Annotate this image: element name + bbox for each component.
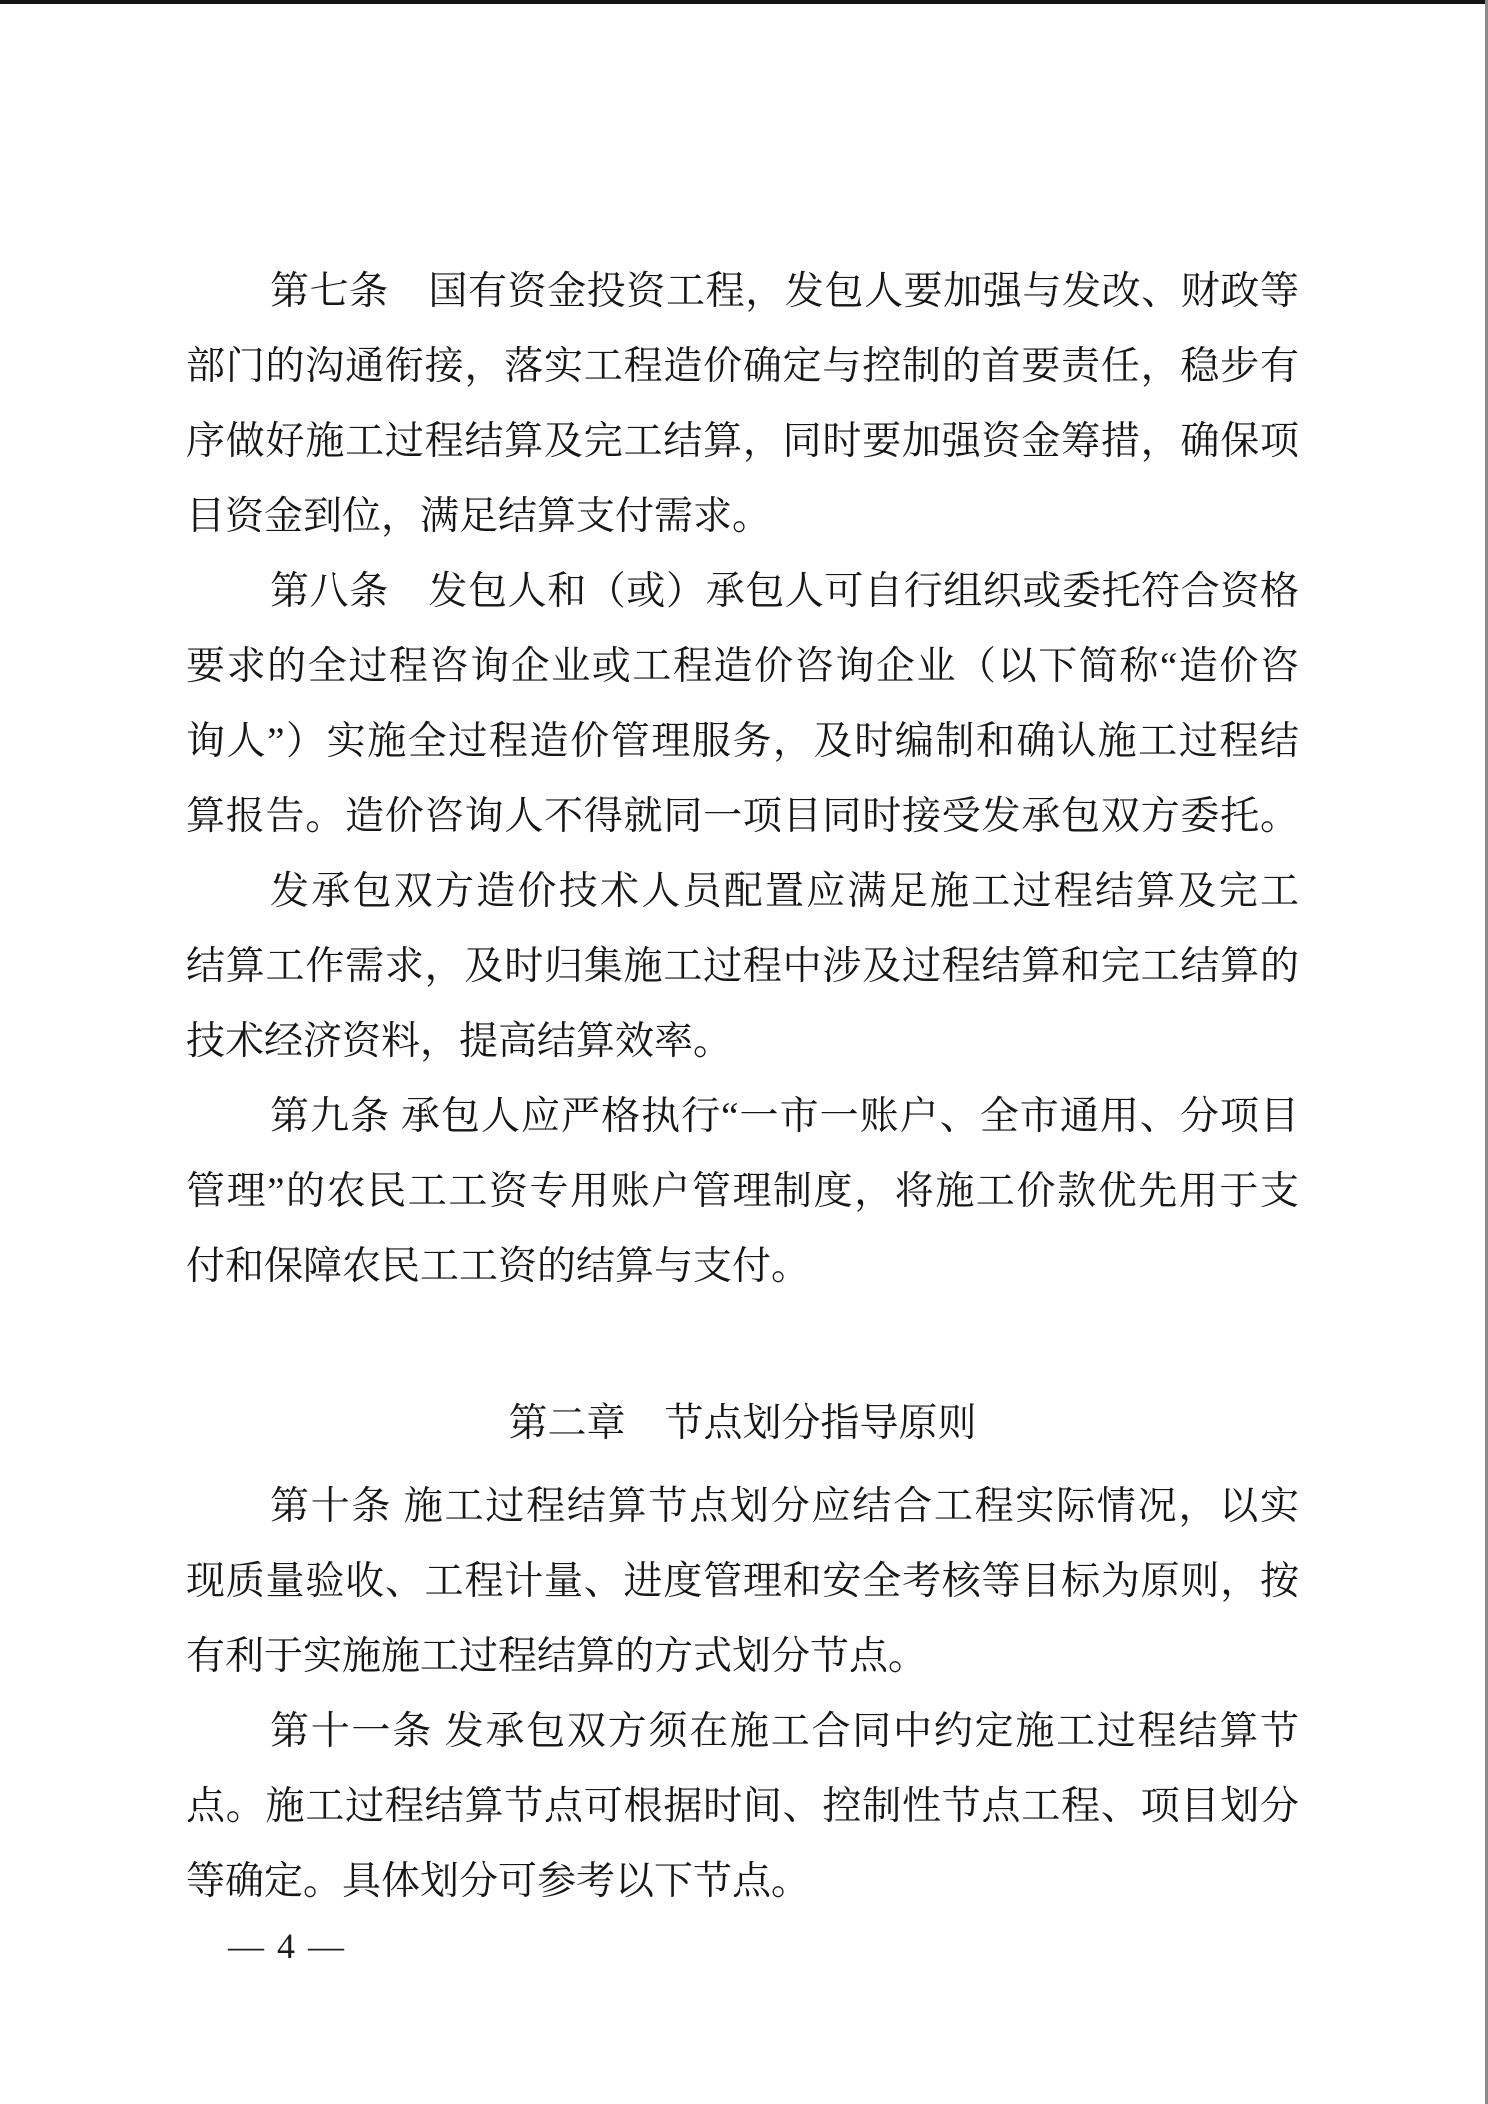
body-line-article10-2: 现质量验收、工程计量、进度管理和安全考核等目标为原则，按 [186,1544,1299,1619]
body-line-article7-3: 序做好施工过程结算及完工结算，同时要加强资金筹措，确保项 [186,404,1299,479]
page-number: — 4 — [228,1924,346,1968]
body-line-article7-2: 部门的沟通衔接，落实工程造价确定与控制的首要责任，稳步有 [186,329,1299,404]
body-line-article10-3: 有利于实施施工过程结算的方式划分节点。 [186,1619,1299,1694]
body-line-article10-1: 第十条 施工过程结算节点划分应结合工程实际情况，以实 [186,1469,1299,1544]
body-line-article11-1: 第十一条 发承包双方须在施工合同中约定施工过程结算节 [186,1694,1299,1769]
document-body: 第七条 国有资金投资工程，发包人要加强与发改、财政等 部门的沟通衔接，落实工程造… [186,254,1299,1919]
body-line-article11-2: 点。施工过程结算节点可根据时间、控制性节点工程、项目划分 [186,1769,1299,1844]
body-line-article8-1: 第八条 发包人和（或）承包人可自行组织或委托符合资格 [186,554,1299,629]
body-line-article7-1: 第七条 国有资金投资工程，发包人要加强与发改、财政等 [186,254,1299,329]
body-line-article11-3: 等确定。具体划分可参考以下节点。 [186,1844,1299,1919]
document-page: 第七条 国有资金投资工程，发包人要加强与发改、财政等 部门的沟通衔接，落实工程造… [0,0,1488,2104]
scan-top-edge [0,0,1488,4]
body-line-article8-para2-3: 技术经济资料，提高结算效率。 [186,1004,1299,1079]
body-line-article8-para2-1: 发承包双方造价技术人员配置应满足施工过程结算及完工 [186,854,1299,929]
body-line-article9-2: 管理”的农民工工资专用账户管理制度，将施工价款优先用于支 [186,1154,1299,1229]
chapter-heading: 第二章 节点划分指导原则 [186,1386,1299,1461]
body-line-article8-2: 要求的全过程咨询企业或工程造价咨询企业（以下简称“造价咨 [186,629,1299,704]
body-line-article7-4: 目资金到位，满足结算支付需求。 [186,479,1299,554]
body-line-article8-3: 询人”）实施全过程造价管理服务，及时编制和确认施工过程结 [186,704,1299,779]
body-line-article9-3: 付和保障农民工工资的结算与支付。 [186,1229,1299,1304]
body-line-article9-1: 第九条 承包人应严格执行“一市一账户、全市通用、分项目 [186,1079,1299,1154]
body-line-article8-para2-2: 结算工作需求，及时归集施工过程中涉及过程结算和完工结算的 [186,929,1299,1004]
body-line-article8-4: 算报告。造价咨询人不得就同一项目同时接受发承包双方委托。 [186,779,1299,854]
